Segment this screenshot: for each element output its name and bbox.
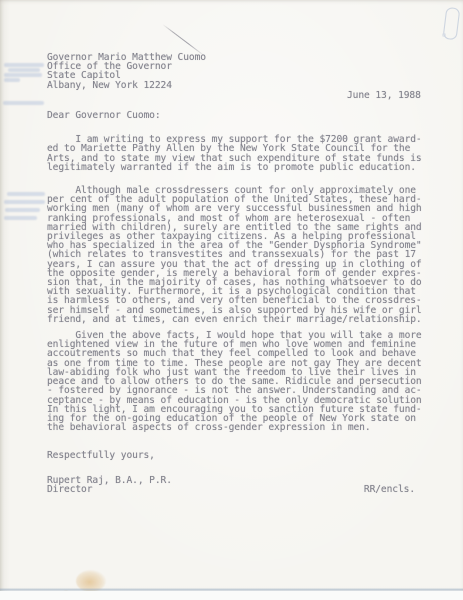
body-paragraph-1: I am writing to express my support for t…	[47, 135, 445, 172]
scanner-background	[0, 591, 463, 600]
body-paragraph-2: Although male crossdressers count for on…	[47, 186, 445, 324]
ink-bleed-through-mark	[4, 200, 45, 204]
signature-row: Director RR/encls.	[47, 485, 445, 494]
ink-bleed-through-mark	[4, 216, 37, 220]
ink-bleed-through-mark	[5, 208, 40, 212]
letter-date: June 13, 1988	[347, 91, 445, 100]
recipient-address: Governor Mario Matthew Cuomo Office of t…	[47, 53, 445, 90]
closing-line: Respectfully yours,	[47, 451, 445, 460]
body-paragraph-3: Given the above facts, I would hope that…	[47, 331, 445, 432]
ink-bleed-through-mark	[3, 101, 44, 105]
letter-content: Governor Mario Matthew Cuomo Office of t…	[47, 53, 445, 494]
ink-bleed-through-mark	[7, 192, 45, 196]
ink-bleed-through-mark	[8, 68, 40, 72]
ink-bleed-through-mark	[4, 63, 44, 67]
salutation: Dear Governor Cuomo:	[47, 111, 445, 120]
paperclip-impression-mark	[437, 5, 463, 47]
signature-title: Director	[47, 485, 92, 494]
scanned-letter-page: Governor Mario Matthew Cuomo Office of t…	[0, 0, 463, 600]
ink-bleed-through-mark	[4, 73, 42, 77]
ink-bleed-through-mark	[4, 78, 20, 82]
reference-initials: RR/encls.	[364, 485, 415, 494]
